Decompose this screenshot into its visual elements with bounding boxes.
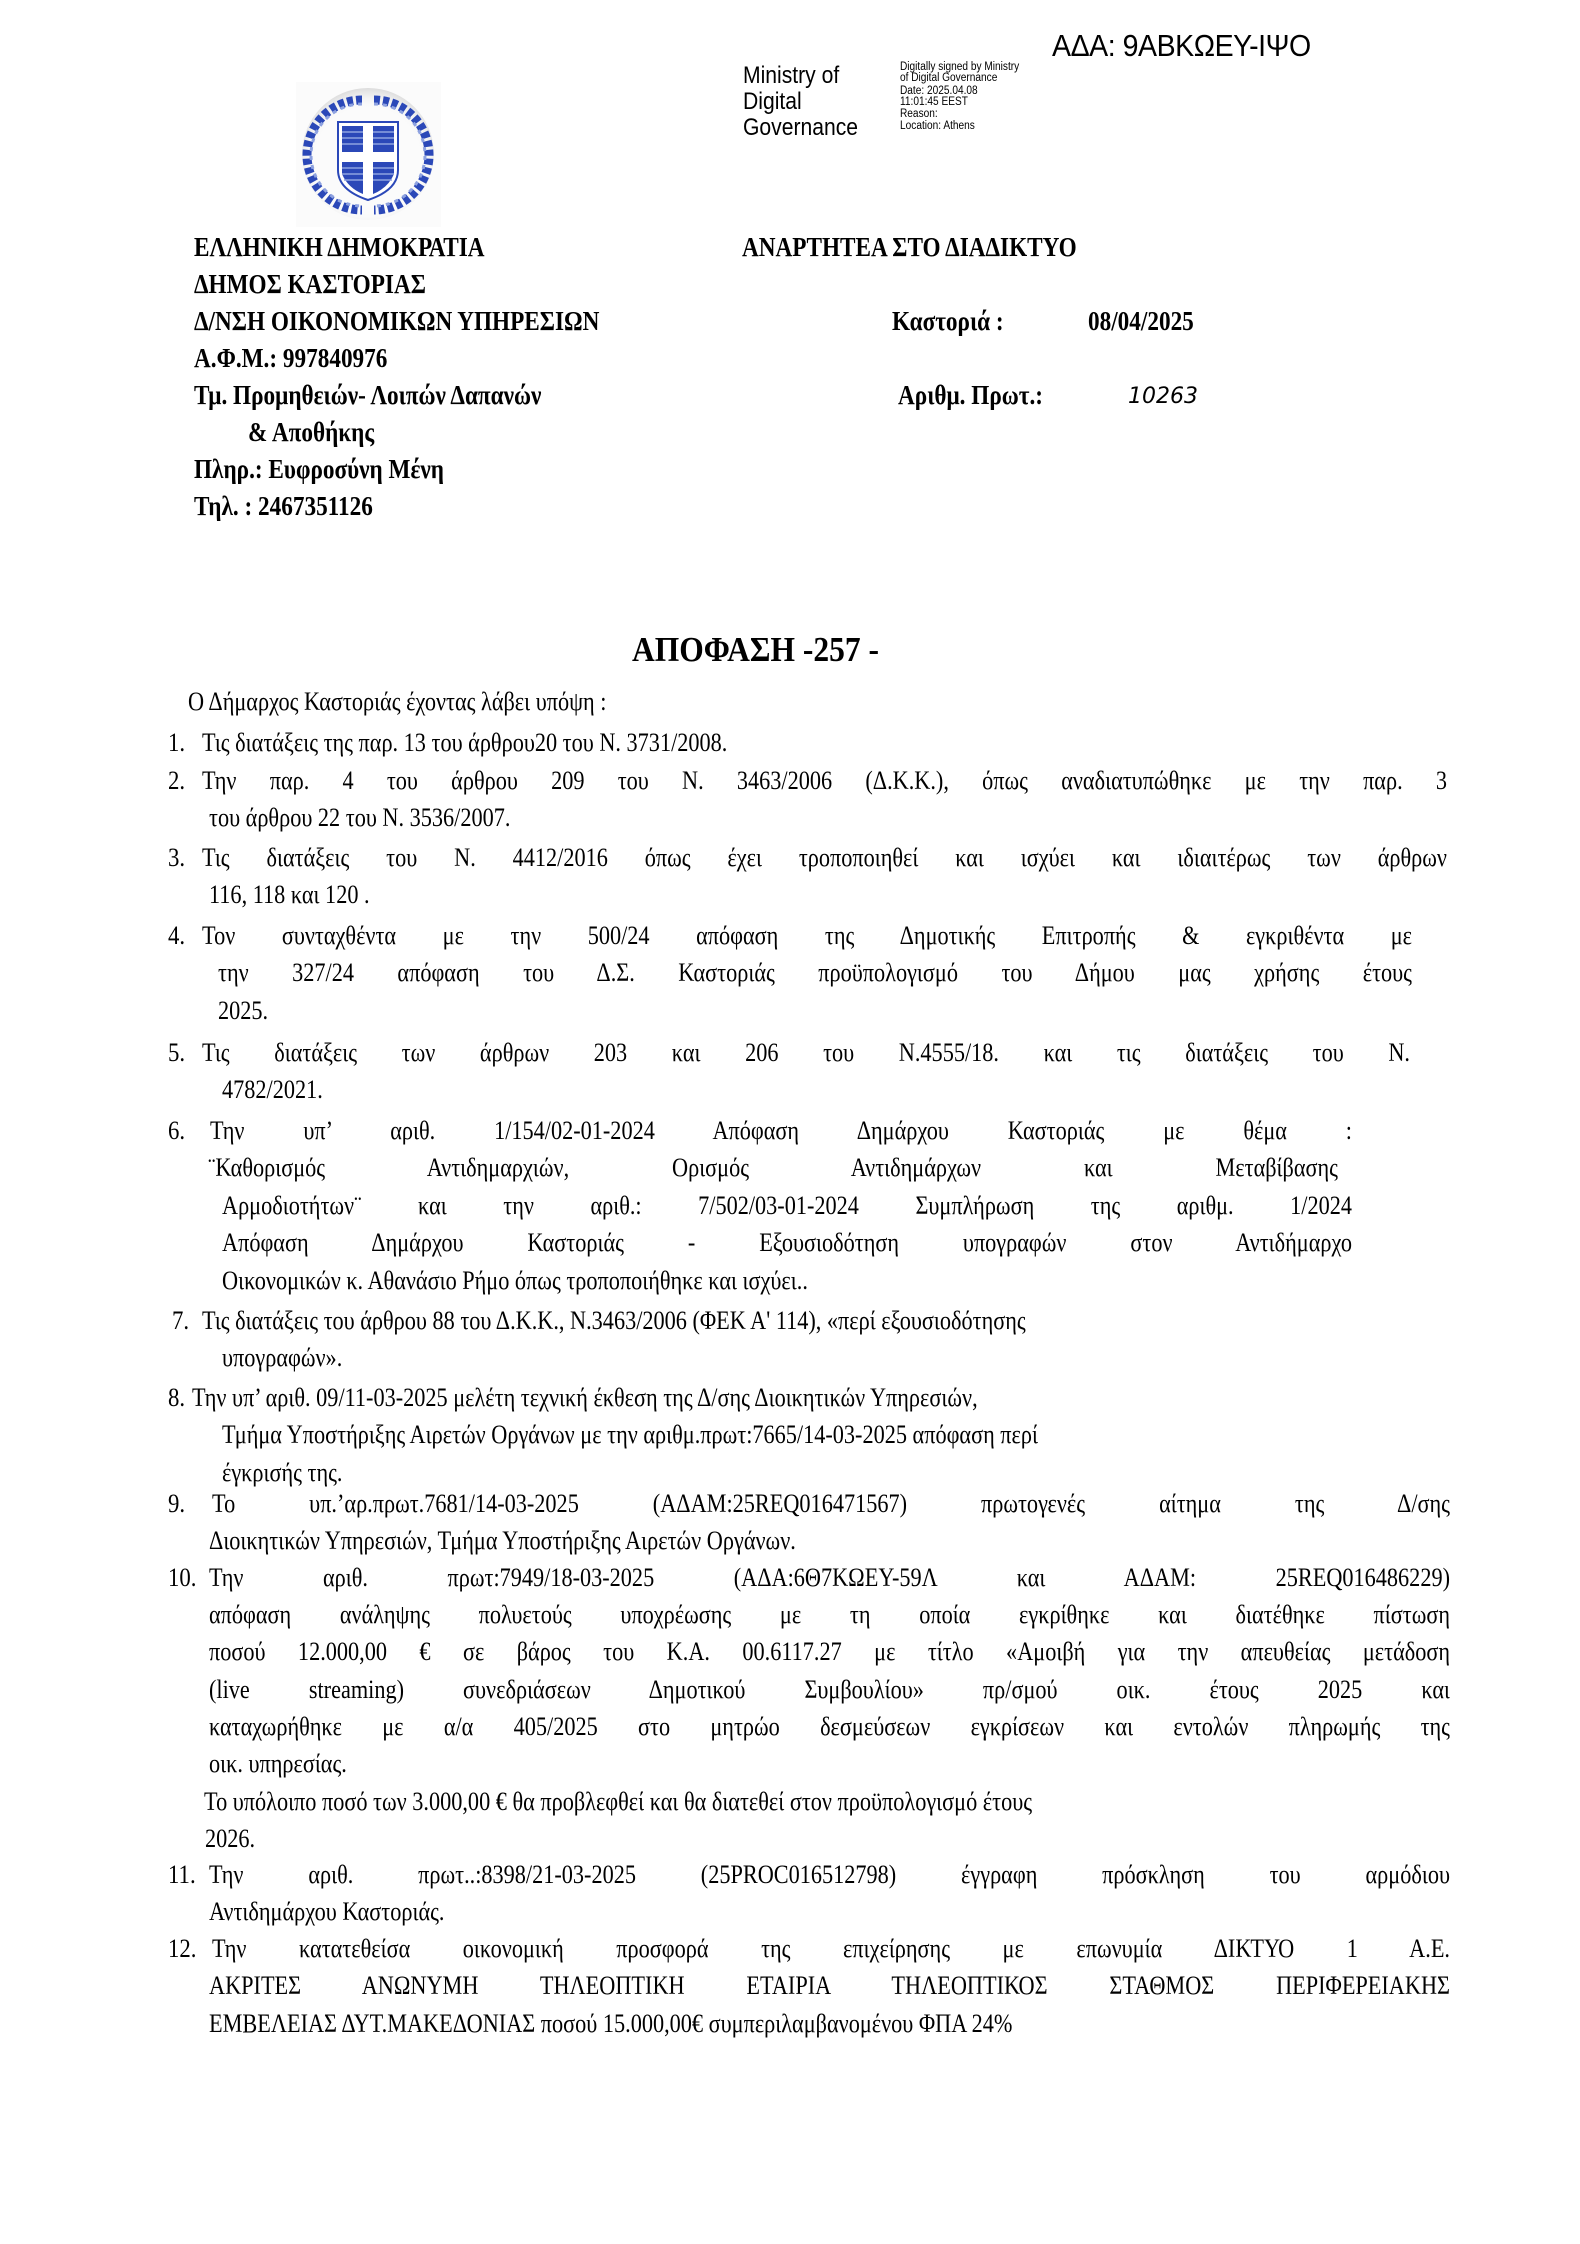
list-item-line: Το υπόλοιπο ποσό των 3.000,00 € θα προβλ… [204, 1786, 1445, 1816]
signature-detail: Location: Athens [900, 121, 975, 132]
list-item-line: 4782/2021. [222, 1074, 1410, 1104]
list-item-number: 11. [168, 1859, 196, 1889]
list-item-line: Τις διατάξεις του Ν. 4412/2016 όπως έχει… [202, 842, 1447, 874]
list-item-line: 2025. [218, 995, 1412, 1025]
list-item-line: 2026. [205, 1823, 1446, 1853]
list-item-line: καταχωρήθηκε με α/α 405/2025 στο μητρώο … [209, 1711, 1450, 1743]
list-item-line: ΑΚΡΙΤΕΣ ΑΝΩΝΥΜΗ ΤΗΛΕΟΠΤΙΚΗ ΕΤΑΙΡΙΑ ΤΗΛΕΟ… [209, 1970, 1450, 2002]
signature-detail: Reason: [900, 109, 938, 120]
list-item-line: ΕΜΒΕΛΕΙΑΣ ΔΥΤ.ΜΑΚΕΔΟΝΙΑΣ ποσού 15.000,00… [209, 2008, 1450, 2038]
list-item-line: Την υπ’ αριθ. 09/11-03-2025 μελέτη τεχνι… [192, 1382, 1428, 1412]
list-item-line: έγκρισής της. [222, 1457, 1428, 1487]
header-phone: Τηλ. : 2467351126 [194, 491, 373, 521]
list-item-line: απόφαση ανάληψης πολυετούς υποχρέωσης με… [209, 1599, 1450, 1631]
header-department: Τμ. Προμηθειών- Λοιπών Δαπανών [194, 380, 541, 410]
document-date: 08/04/2025 [1088, 306, 1194, 336]
list-item-line: την 327/24 απόφαση του Δ.Σ. Καστοριάς πρ… [218, 957, 1412, 989]
list-item-line: ποσού 12.000,00 € σε βάρος του Κ.Α. 00.6… [209, 1636, 1450, 1668]
list-item-line: Το υπ.’αρ.πρωτ.7681/14-03-2025 (ΑΔΑΜ:25R… [212, 1488, 1450, 1520]
signature-detail: of Digital Governance [900, 73, 997, 84]
header-department-cont: & Αποθήκης [248, 417, 374, 447]
protocol-label: Αριθμ. Πρωτ.: [898, 380, 1043, 410]
list-item-line: Τον συνταχθέντα με την 500/24 απόφαση τη… [202, 920, 1412, 952]
signature-issuer-line: Ministry of [743, 63, 839, 89]
protocol-number: 10263 [1128, 384, 1198, 409]
signature-issuer-line: Digital [743, 89, 802, 115]
list-item-line: Απόφαση Δημάρχου Καστοριάς - Εξουσιοδότη… [222, 1227, 1352, 1259]
list-item-line: Τις διατάξεις της παρ. 13 του άρθρου20 τ… [202, 727, 1000, 757]
list-item-number: 10. [168, 1562, 196, 1592]
list-item-number: 7. [172, 1305, 189, 1335]
list-item-number: 6. [168, 1115, 185, 1145]
list-item-number: 3. [168, 842, 185, 872]
list-item-number: 8. [168, 1382, 185, 1412]
list-item-line: οικ. υπηρεσίας. [209, 1748, 1450, 1778]
header-country: ΕΛΛΗΝΙΚΗ ΔΗΜΟΚΡΑΤΙΑ [194, 232, 485, 262]
list-item-number: 4. [168, 920, 185, 950]
list-item-line: Την αριθ. πρωτ..:8398/21-03-2025 (25PROC… [209, 1859, 1450, 1891]
list-item-line: Διοικητικών Υπηρεσιών, Τμήμα Υποστήριξης… [209, 1525, 1450, 1555]
list-item-line: ¨Καθορισμός Αντιδημαρχιών, Ορισμός Αντιδ… [208, 1152, 1338, 1184]
header-tax-id: Α.Φ.Μ.: 997840976 [194, 343, 387, 373]
list-item-line: του άρθρου 22 του Ν. 3536/2007. [209, 802, 1447, 832]
header-contact-person: Πληρ.: Ευφροσύνη Μένη [194, 454, 444, 484]
publish-notice: ΑΝΑΡΤΗΤΕΑ ΣΤΟ ΔΙΑΔΙΚΤΥΟ [742, 232, 1077, 262]
list-item-number: 1. [168, 727, 185, 757]
list-item-line: Τις διατάξεις των άρθρων 203 και 206 του… [202, 1037, 1410, 1069]
list-item-number: 2. [168, 765, 185, 795]
list-item-line: Οικονομικών κ. Αθανάσιο Ρήμο όπως τροποπ… [222, 1265, 1352, 1295]
place-label: Καστοριά : [892, 306, 1004, 336]
list-item-line: Αρμοδιοτήτων¨ και την αριθ.: 7/502/03-01… [222, 1190, 1352, 1222]
signature-issuer-line: Governance [743, 115, 858, 141]
list-item-line: Την αριθ. πρωτ:7949/18-03-2025 (ΑΔΑ:6Θ7Κ… [209, 1562, 1450, 1594]
header-directorate: Δ/ΝΣΗ ΟΙΚΟΝΟΜΙΚΩΝ ΥΠΗΡΕΣΙΩΝ [194, 306, 599, 336]
list-item-line: 116, 118 και 120 . [209, 879, 1447, 909]
list-item-line: Την υπ’ αριθ. 1/154/02-01-2024 Απόφαση Δ… [210, 1115, 1352, 1147]
list-item-number: 9. [168, 1488, 185, 1518]
list-item-number: 5. [168, 1037, 185, 1067]
list-item-line: Αντιδημάρχου Καστοριάς. [209, 1896, 1450, 1926]
list-item-line: Τμήμα Υποστήριξης Αιρετών Οργάνων με την… [222, 1419, 1428, 1449]
decision-title: ΑΠΟΦΑΣΗ -257 - [632, 630, 879, 670]
signature-detail: 11:01:45 EEST [900, 97, 968, 108]
greek-coat-of-arms-icon [296, 82, 441, 227]
intro-text: Ο Δήμαρχος Καστοριάς έχοντας λάβει υπόψη… [188, 686, 606, 716]
list-item-line: Την παρ. 4 του άρθρου 209 του Ν. 3463/20… [202, 765, 1447, 797]
list-item-line: (live streaming) συνεδριάσεων Δημοτικού … [209, 1674, 1450, 1706]
list-item-line: Την κατατεθείσα οικονομική προσφορά της … [212, 1933, 1450, 1965]
list-item-number: 12. [168, 1933, 196, 1963]
list-item-line: υπογραφών». [222, 1342, 1418, 1372]
ada-code: ΑΔΑ: 9ΑΒΚΩΕΥ-ΙΨΟ [1052, 28, 1311, 64]
header-municipality: ΔΗΜΟΣ ΚΑΣΤΟΡΙΑΣ [194, 269, 426, 299]
list-item-line: Τις διατάξεις του άρθρου 88 του Δ.Κ.Κ., … [202, 1305, 1418, 1335]
